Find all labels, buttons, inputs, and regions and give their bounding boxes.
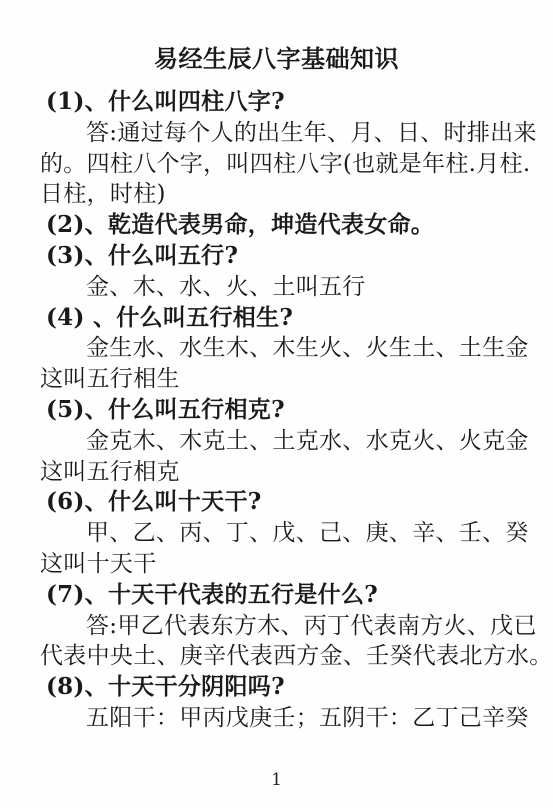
answer-line: 甲、乙、丙、丁、戊、己、庚、辛、壬、癸 [40,518,535,549]
body-line: 这叫十天干 [40,549,535,580]
scanned-document-page: 易经生辰八字基础知识 (1)、什么叫四柱八字? 答:通过每个人的出生年、月、日、… [0,0,553,808]
question-4-heading: (4) 、什么叫五行相生? [40,303,535,334]
question-7-heading: (7)、十天干代表的五行是什么? [40,580,535,611]
answer-line: 金生水、水生木、木生火、火生土、土生金 [40,333,535,364]
question-5-heading: (5)、什么叫五行相克? [40,395,535,426]
body-line: 这叫五行相克 [40,457,535,488]
page-number: 1 [0,770,553,790]
answer-line: 五阳干：甲丙戊庚壬；五阴干：乙丁己辛癸 [40,703,535,734]
question-8-heading: (8)、十天干分阴阳吗? [40,672,535,703]
question-2-heading: (2)、乾造代表男命，坤造代表女命。 [40,210,535,241]
body-line: 这叫五行相生 [40,364,535,395]
document-title: 易经生辰八字基础知识 [0,44,553,74]
answer-line: 金克木、木克土、土克水、水克火、火克金 [40,426,535,457]
answer-line: 答:甲乙代表东方木、丙丁代表南方火、戊已 [40,611,535,642]
answer-line: 答:通过每个人的出生年、月、日、时排出来 [40,118,535,149]
body-line: 日柱，时柱) [40,179,535,210]
question-1-heading: (1)、什么叫四柱八字? [40,87,535,118]
question-6-heading: (6)、什么叫十天干? [40,487,535,518]
document-body: (1)、什么叫四柱八字? 答:通过每个人的出生年、月、日、时排出来 的。四柱八个… [0,87,553,734]
body-line: 的。四柱八个字，叫四柱八字(也就是年柱.月柱. [40,149,535,180]
question-3-heading: (3)、什么叫五行? [40,241,535,272]
body-line: 代表中央土、庚辛代表西方金、壬癸代表北方水。 [40,641,535,672]
answer-line: 金、木、水、火、土叫五行 [40,272,535,303]
